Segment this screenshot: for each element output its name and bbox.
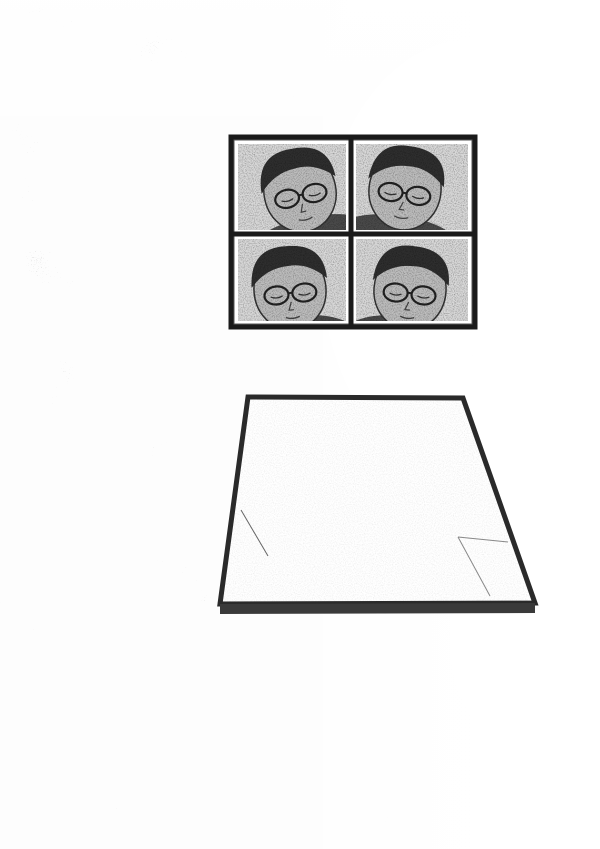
artwork-svg	[0, 0, 600, 849]
artwork-canvas	[0, 0, 600, 849]
